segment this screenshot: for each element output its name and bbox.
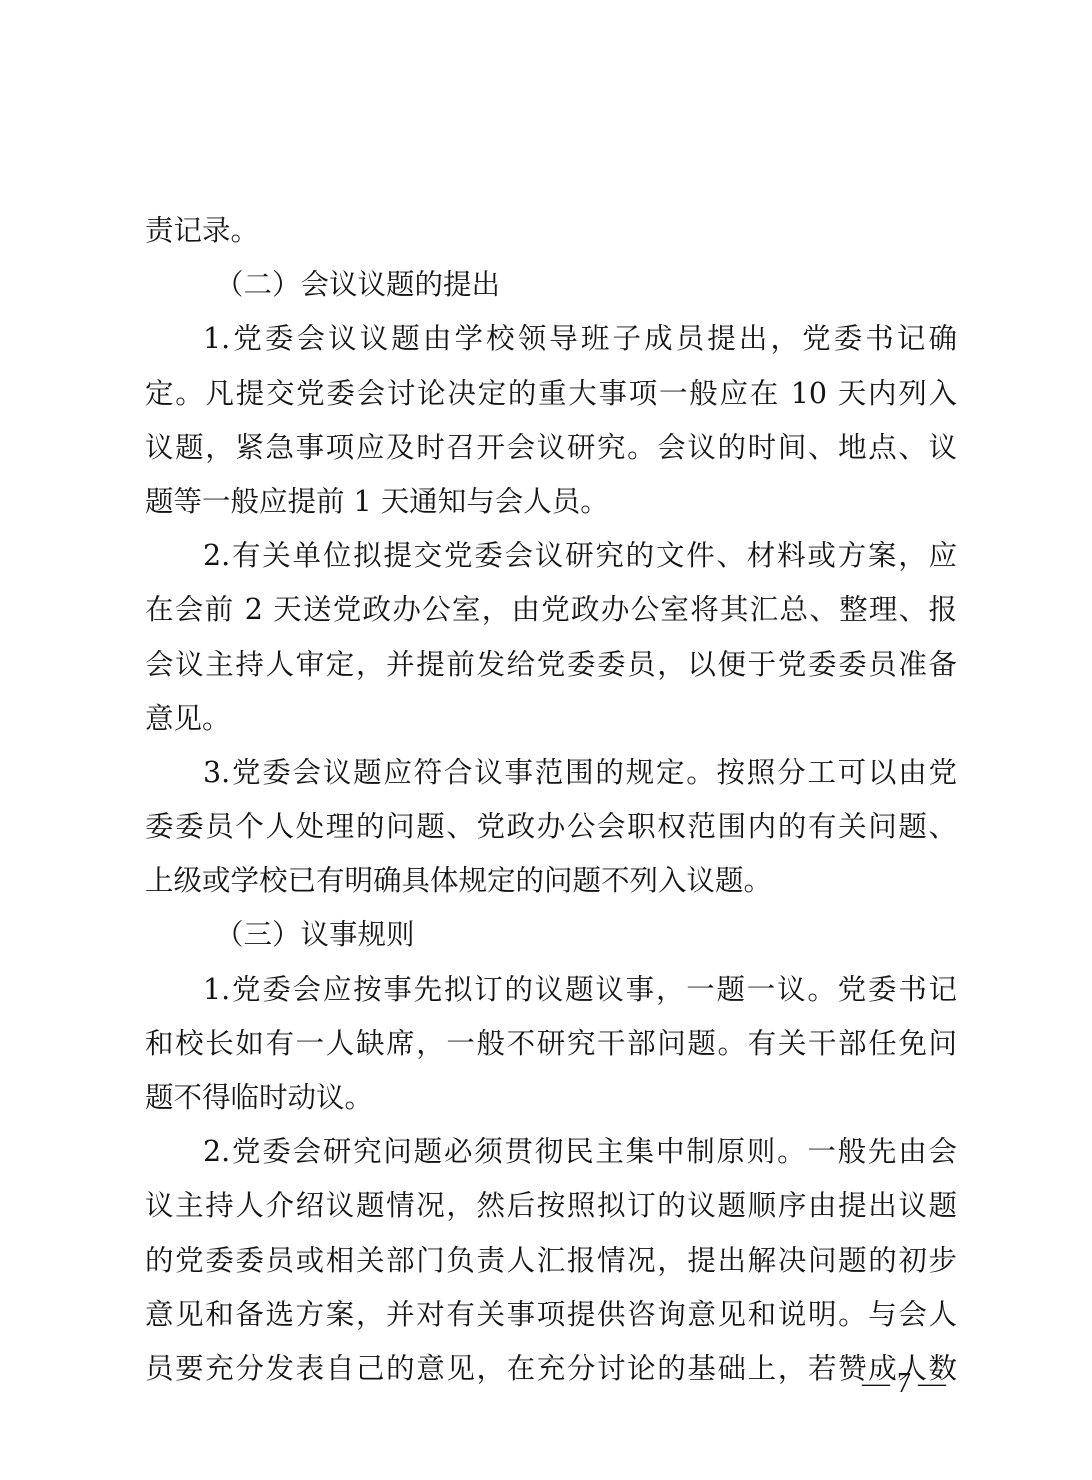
page-number: — 7 — — [862, 1364, 944, 1404]
paragraph-line: 员要充分发表自己的意见，在充分讨论的基础上，若赞成人数 — [145, 1342, 957, 1396]
paragraph-line: 意见和备选方案，并对有关事项提供咨询意见和说明。与会人 — [145, 1288, 957, 1342]
paragraph-line: 意见。 — [145, 692, 957, 746]
paragraph-line: 2.有关单位拟提交党委会议研究的文件、材料或方案，应 — [145, 529, 957, 583]
paragraph-line: 1.党委会议议题由学校领导班子成员提出，党委书记确 — [145, 312, 957, 366]
paragraph-line: 委委员个人处理的问题、党政办公会职权范围内的有关问题、 — [145, 800, 957, 854]
paragraph-line: 2.党委会研究问题必须贯彻民主集中制原则。一般先由会 — [145, 1125, 957, 1179]
paragraph-line: 会议主持人审定，并提前发给党委委员，以便于党委委员准备 — [145, 638, 957, 692]
paragraph-line: 题不得临时动议。 — [145, 1071, 957, 1125]
document-page: 责记录。 （二）会议议题的提出 1.党委会议议题由学校领导班子成员提出，党委书记… — [0, 0, 1092, 1480]
paragraph-line: 和校长如有一人缺席，一般不研究干部问题。有关干部任免问 — [145, 1017, 957, 1071]
paragraph-line: 定。凡提交党委会讨论决定的重大事项一般应在 10 天内列入 — [145, 367, 957, 421]
paragraph-line: 1.党委会应按事先拟订的议题议事，一题一议。党委书记 — [145, 963, 957, 1017]
paragraph-line: 在会前 2 天送党政办公室，由党政办公室将其汇总、整理、报 — [145, 583, 957, 637]
document-body: 责记录。 （二）会议议题的提出 1.党委会议议题由学校领导班子成员提出，党委书记… — [145, 204, 957, 1396]
section-heading: （三）议事规则 — [145, 908, 957, 962]
paragraph-line: 的党委委员或相关部门负责人汇报情况，提出解决问题的初步 — [145, 1234, 957, 1288]
paragraph-line: 责记录。 — [145, 204, 957, 258]
paragraph-line: 议主持人介绍议题情况，然后按照拟订的议题顺序由提出议题 — [145, 1179, 957, 1233]
paragraph-line: 题等一般应提前 1 天通知与会人员。 — [145, 475, 957, 529]
paragraph-line: 3.党委会议题应符合议事范围的规定。按照分工可以由党 — [145, 746, 957, 800]
paragraph-line: 上级或学校已有明确具体规定的问题不列入议题。 — [145, 854, 957, 908]
section-heading: （二）会议议题的提出 — [145, 258, 957, 312]
paragraph-line: 议题，紧急事项应及时召开会议研究。会议的时间、地点、议 — [145, 421, 957, 475]
